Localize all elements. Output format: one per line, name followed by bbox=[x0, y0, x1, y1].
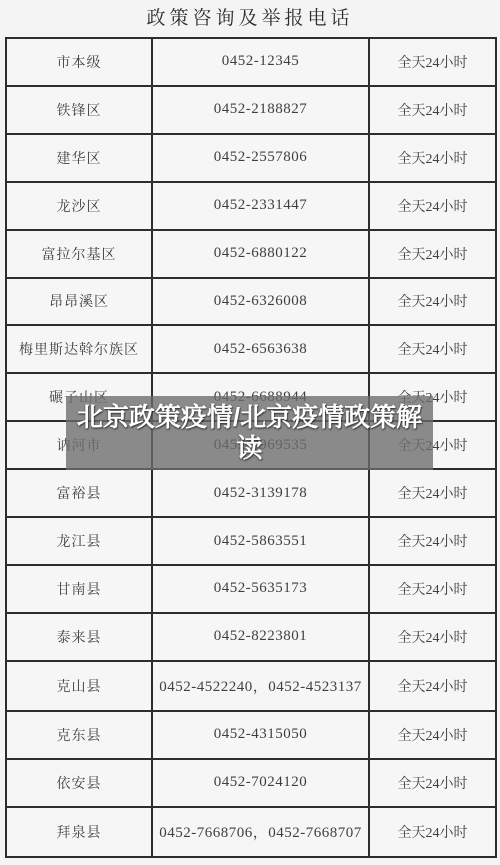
hours-cell: 全天24小时 bbox=[369, 278, 496, 326]
table-row: 克东县 0452-4315050 全天24小时 bbox=[6, 711, 496, 759]
phone-cell: 0452-7668706，0452-7668707 bbox=[152, 807, 369, 857]
phone-cell: 0452-4315050 bbox=[152, 711, 369, 759]
region-cell: 昂昂溪区 bbox=[6, 278, 152, 326]
phone-cell: 0452-8223801 bbox=[152, 613, 369, 661]
phone-cell: 0452-6326008 bbox=[152, 278, 369, 326]
region-cell: 克山县 bbox=[6, 661, 152, 711]
table-row: 梅里斯达斡尔族区 0452-6563638 全天24小时 bbox=[6, 325, 496, 373]
hours-cell: 全天24小时 bbox=[369, 325, 496, 373]
phone-cell: 0452-4522240，0452-4523137 bbox=[152, 661, 369, 711]
region-cell: 泰来县 bbox=[6, 613, 152, 661]
table-row: 龙江县 0452-5863551 全天24小时 bbox=[6, 517, 496, 565]
hours-cell: 全天24小时 bbox=[369, 613, 496, 661]
region-cell: 梅里斯达斡尔族区 bbox=[6, 325, 152, 373]
table-row: 富裕县 0452-3139178 全天24小时 bbox=[6, 469, 496, 517]
phone-cell: 0452-12345 bbox=[152, 38, 369, 86]
phone-cell: 0452-5635173 bbox=[152, 565, 369, 613]
region-cell: 富拉尔基区 bbox=[6, 230, 152, 278]
phone-cell: 0452-2557806 bbox=[152, 134, 369, 182]
hours-cell: 全天24小时 bbox=[369, 230, 496, 278]
hours-cell: 全天24小时 bbox=[369, 182, 496, 230]
hours-cell: 全天24小时 bbox=[369, 469, 496, 517]
table-row: 泰来县 0452-8223801 全天24小时 bbox=[6, 613, 496, 661]
hours-cell: 全天24小时 bbox=[369, 565, 496, 613]
phone-cell: 0452-6563638 bbox=[152, 325, 369, 373]
table-row: 甘南县 0452-5635173 全天24小时 bbox=[6, 565, 496, 613]
phone-cell: 0452-2331447 bbox=[152, 182, 369, 230]
phone-cell: 0452-5863551 bbox=[152, 517, 369, 565]
phone-cell: 0452-3139178 bbox=[152, 469, 369, 517]
table-row: 铁锋区 0452-2188827 全天24小时 bbox=[6, 86, 496, 134]
region-cell: 富裕县 bbox=[6, 469, 152, 517]
hours-cell: 全天24小时 bbox=[369, 807, 496, 857]
region-cell: 甘南县 bbox=[6, 565, 152, 613]
phone-cell: 0452-6880122 bbox=[152, 230, 369, 278]
page-title: 政策咨询及举报电话 bbox=[0, 3, 500, 30]
region-cell: 依安县 bbox=[6, 759, 152, 807]
hours-cell: 全天24小时 bbox=[369, 711, 496, 759]
region-cell: 龙江县 bbox=[6, 517, 152, 565]
table-row: 依安县 0452-7024120 全天24小时 bbox=[6, 759, 496, 807]
hours-cell: 全天24小时 bbox=[369, 759, 496, 807]
phone-cell: 0452-7024120 bbox=[152, 759, 369, 807]
phone-cell: 0452-2188827 bbox=[152, 86, 369, 134]
watermark-overlay: 北京政策疫情/北京疫情政策解读 bbox=[66, 396, 433, 470]
table-row: 克山县 0452-4522240，0452-4523137 全天24小时 bbox=[6, 661, 496, 711]
table-row: 富拉尔基区 0452-6880122 全天24小时 bbox=[6, 230, 496, 278]
table-row: 昂昂溪区 0452-6326008 全天24小时 bbox=[6, 278, 496, 326]
hours-cell: 全天24小时 bbox=[369, 38, 496, 86]
region-cell: 建华区 bbox=[6, 134, 152, 182]
region-cell: 铁锋区 bbox=[6, 86, 152, 134]
document-page: 政策咨询及举报电话 市本级 0452-12345 全天24小时 铁锋区 0452… bbox=[0, 0, 500, 865]
table-row: 建华区 0452-2557806 全天24小时 bbox=[6, 134, 496, 182]
region-cell: 市本级 bbox=[6, 38, 152, 86]
hours-cell: 全天24小时 bbox=[369, 134, 496, 182]
table-row: 龙沙区 0452-2331447 全天24小时 bbox=[6, 182, 496, 230]
region-cell: 克东县 bbox=[6, 711, 152, 759]
table-row: 市本级 0452-12345 全天24小时 bbox=[6, 38, 496, 86]
hours-cell: 全天24小时 bbox=[369, 86, 496, 134]
hours-cell: 全天24小时 bbox=[369, 517, 496, 565]
table-row: 拜泉县 0452-7668706，0452-7668707 全天24小时 bbox=[6, 807, 496, 857]
watermark-text: 北京政策疫情/北京疫情政策解读 bbox=[73, 402, 427, 464]
region-cell: 拜泉县 bbox=[6, 807, 152, 857]
hours-cell: 全天24小时 bbox=[369, 661, 496, 711]
region-cell: 龙沙区 bbox=[6, 182, 152, 230]
